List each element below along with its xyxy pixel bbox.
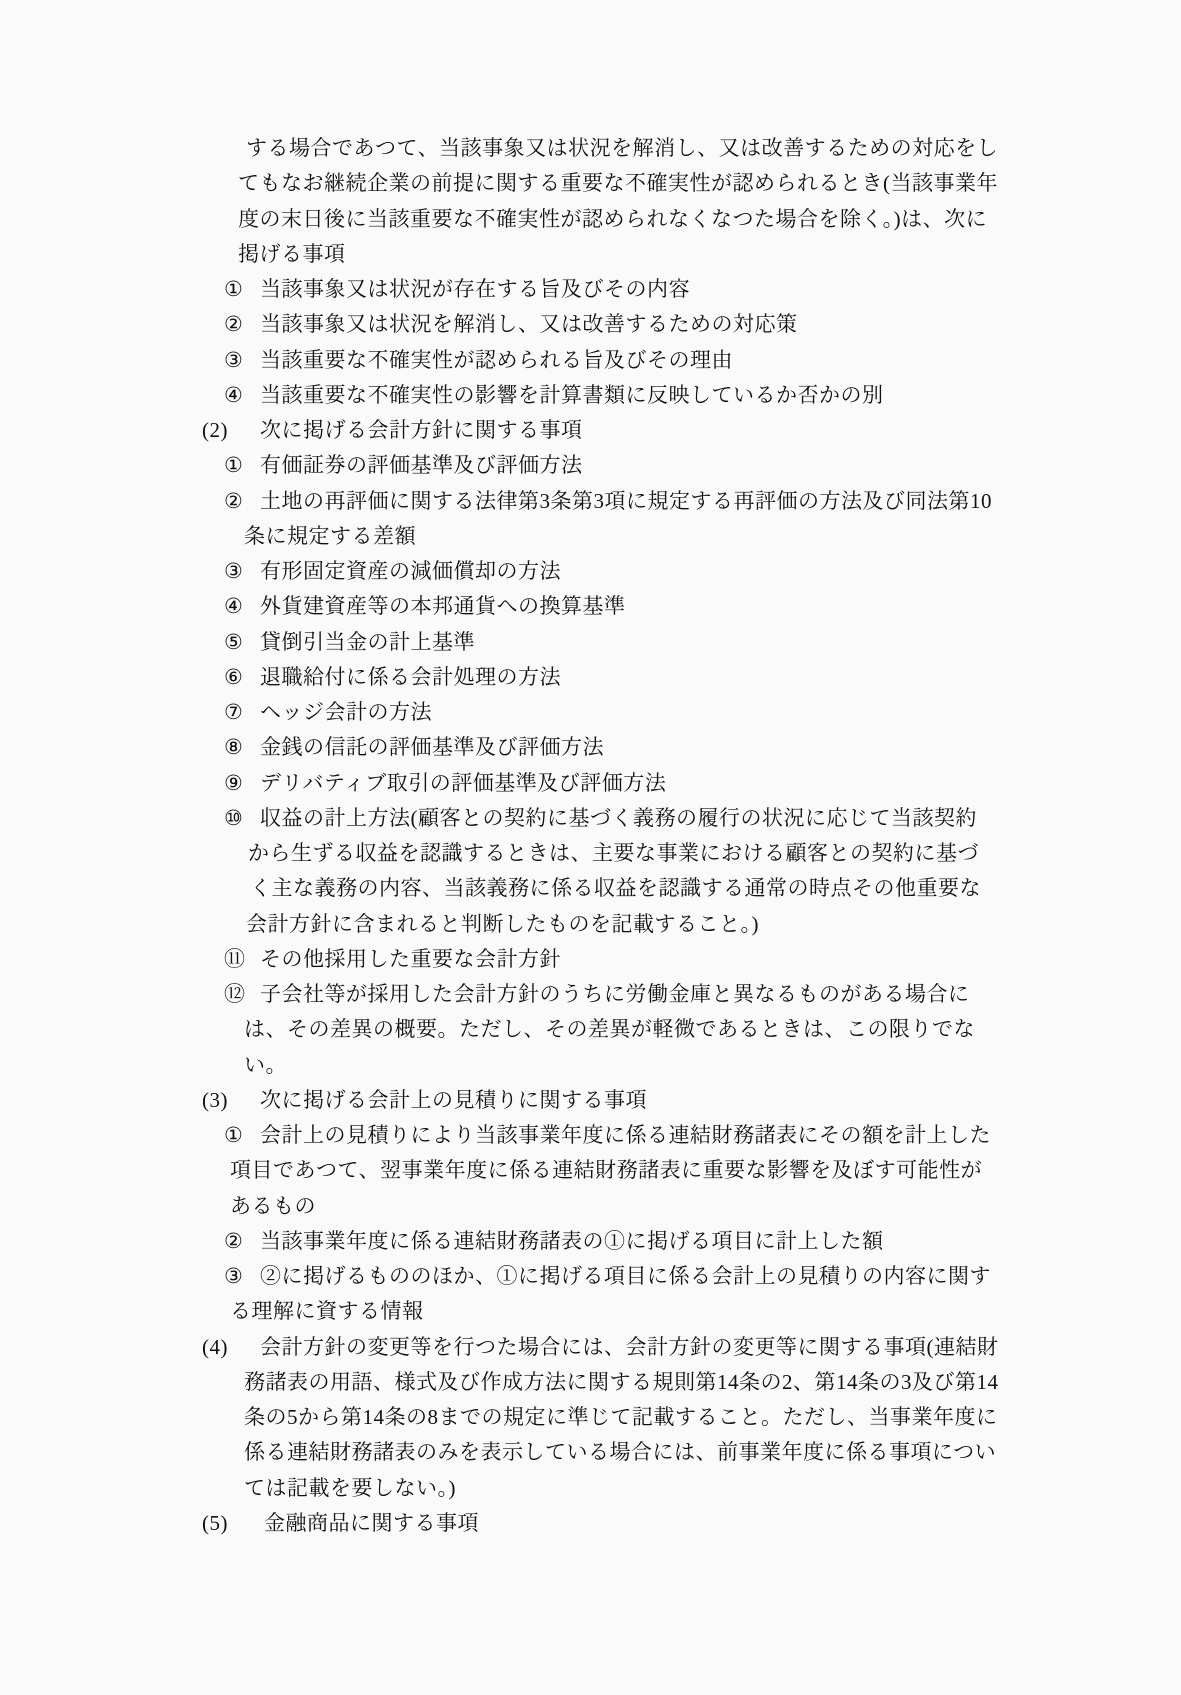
document-line: 度の末日後に当該重要な不確実性が認められなくなつた場合を除く。)は、次に xyxy=(0,202,1181,237)
line-text: 係る連結財務諸表のみを表示している場合には、前事業年度に係る事項につい xyxy=(0,1435,1181,1470)
line-text: い。 xyxy=(0,1048,1181,1083)
document-line: ⑪その他採用した重要な会計方針 xyxy=(0,942,1181,977)
list-marker: ④ xyxy=(224,378,243,413)
line-text: する場合であつて、当該事象又は状況を解消し、又は改善するための対応をし xyxy=(0,131,1181,166)
list-marker: (2) xyxy=(202,413,228,448)
line-text: 務諸表の用語、様式及び作成方法に関する規則第14条の2、第14条の3及び第14 xyxy=(0,1365,1181,1400)
list-marker: ③ xyxy=(224,343,243,378)
list-marker: ③ xyxy=(224,1259,243,1294)
document-line: (4)会計方針の変更等を行つた場合には、会計方針の変更等に関する事項(連結財 xyxy=(0,1330,1181,1365)
document-line: ⑩収益の計上方法(顧客との契約に基づく義務の履行の状況に応じて当該契約 xyxy=(0,801,1181,836)
line-text: く主な義務の内容、当該義務に係る収益を認識する通常の時点その他重要な xyxy=(0,871,1181,906)
line-text: 土地の再評価に関する法律第3条第3項に規定する再評価の方法及び同法第10 xyxy=(0,484,1181,519)
line-text: 子会社等が採用した会計方針のうちに労働金庫と異なるものがある場合に xyxy=(0,977,1181,1012)
document-line: ⑥退職給付に係る会計処理の方法 xyxy=(0,660,1181,695)
line-text: る理解に資する情報 xyxy=(0,1294,1181,1329)
list-marker: ④ xyxy=(224,589,243,624)
line-text: 当該重要な不確実性が認められる旨及びその理由 xyxy=(0,343,1181,378)
document-line: ④当該重要な不確実性の影響を計算書類に反映しているか否かの別 xyxy=(0,378,1181,413)
line-text: 有形固定資産の減価償却の方法 xyxy=(0,554,1181,589)
list-marker: ② xyxy=(224,1224,243,1259)
line-text: 当該重要な不確実性の影響を計算書類に反映しているか否かの別 xyxy=(0,378,1181,413)
document-line: ⑧金銭の信託の評価基準及び評価方法 xyxy=(0,730,1181,765)
line-text: 度の末日後に当該重要な不確実性が認められなくなつた場合を除く。)は、次に xyxy=(0,202,1181,237)
document-line: 会計方針に含まれると判断したものを記載すること。) xyxy=(0,907,1181,942)
line-text: 貸倒引当金の計上基準 xyxy=(0,625,1181,660)
document-line: ①有価証券の評価基準及び評価方法 xyxy=(0,448,1181,483)
line-text: てもなお継続企業の前提に関する重要な不確実性が認められるとき(当該事業年 xyxy=(0,166,1181,201)
list-marker: ② xyxy=(224,307,243,342)
document-line: ①当該事象又は状況が存在する旨及びその内容 xyxy=(0,272,1181,307)
document-line: ⑨デリバティブ取引の評価基準及び評価方法 xyxy=(0,766,1181,801)
list-marker: ⑥ xyxy=(224,660,243,695)
line-text: その他採用した重要な会計方針 xyxy=(0,942,1181,977)
document-line: 項目であつて、翌事業年度に係る連結財務諸表に重要な影響を及ぼす可能性が xyxy=(0,1153,1181,1188)
document-line: い。 xyxy=(0,1048,1181,1083)
line-text: は、その差異の概要。ただし、その差異が軽微であるときは、この限りでな xyxy=(0,1012,1181,1047)
document-line: (3)次に掲げる会計上の見積りに関する事項 xyxy=(0,1083,1181,1118)
document-line: ①会計上の見積りにより当該事業年度に係る連結財務諸表にその額を計上した xyxy=(0,1118,1181,1153)
line-text: から生ずる収益を認識するときは、主要な事業における顧客との契約に基づ xyxy=(0,836,1181,871)
line-text: 有価証券の評価基準及び評価方法 xyxy=(0,448,1181,483)
line-text: 項目であつて、翌事業年度に係る連結財務諸表に重要な影響を及ぼす可能性が xyxy=(0,1153,1181,1188)
line-text: 会計上の見積りにより当該事業年度に係る連結財務諸表にその額を計上した xyxy=(0,1118,1181,1153)
list-marker: (5) xyxy=(202,1506,228,1541)
document-line: く主な義務の内容、当該義務に係る収益を認識する通常の時点その他重要な xyxy=(0,871,1181,906)
line-text: 金銭の信託の評価基準及び評価方法 xyxy=(0,730,1181,765)
document-line: ②土地の再評価に関する法律第3条第3項に規定する再評価の方法及び同法第10 xyxy=(0,484,1181,519)
line-text: あるもの xyxy=(0,1189,1181,1224)
document-line: する場合であつて、当該事象又は状況を解消し、又は改善するための対応をし xyxy=(0,131,1181,166)
document-line: 条に規定する差額 xyxy=(0,519,1181,554)
document-line: あるもの xyxy=(0,1189,1181,1224)
document-line: ⑤貸倒引当金の計上基準 xyxy=(0,625,1181,660)
list-marker: ⑦ xyxy=(224,695,243,730)
document-line: ②当該事象又は状況を解消し、又は改善するための対応策 xyxy=(0,307,1181,342)
document-line: (2)次に掲げる会計方針に関する事項 xyxy=(0,413,1181,448)
line-text: 会計方針に含まれると判断したものを記載すること。) xyxy=(0,907,1181,942)
line-text: 条の5から第14条の8までの規定に準じて記載すること。ただし、当事業年度に xyxy=(0,1400,1181,1435)
document-line: ては記載を要しない。) xyxy=(0,1471,1181,1506)
document-line: る理解に資する情報 xyxy=(0,1294,1181,1329)
list-marker: ⑫ xyxy=(224,977,246,1012)
document-line: ③当該重要な不確実性が認められる旨及びその理由 xyxy=(0,343,1181,378)
list-marker: (3) xyxy=(202,1083,228,1118)
line-text: ては記載を要しない。) xyxy=(0,1471,1181,1506)
document-line: 務諸表の用語、様式及び作成方法に関する規則第14条の2、第14条の3及び第14 xyxy=(0,1365,1181,1400)
list-marker: ⑤ xyxy=(224,625,243,660)
document-line: は、その差異の概要。ただし、その差異が軽微であるときは、この限りでな xyxy=(0,1012,1181,1047)
document-line: ④外貨建資産等の本邦通貨への換算基準 xyxy=(0,589,1181,624)
list-marker: ⑩ xyxy=(224,801,243,836)
line-text: 当該事業年度に係る連結財務諸表の①に掲げる項目に計上した額 xyxy=(0,1224,1181,1259)
line-text: 収益の計上方法(顧客との契約に基づく義務の履行の状況に応じて当該契約 xyxy=(0,801,1181,836)
document-line: 条の5から第14条の8までの規定に準じて記載すること。ただし、当事業年度に xyxy=(0,1400,1181,1435)
list-marker: ② xyxy=(224,484,243,519)
document-line: ⑦ヘッジ会計の方法 xyxy=(0,695,1181,730)
line-text: 条に規定する差額 xyxy=(0,519,1181,554)
line-text: 次に掲げる会計方針に関する事項 xyxy=(0,413,1181,448)
line-text: ヘッジ会計の方法 xyxy=(0,695,1181,730)
document-body: する場合であつて、当該事象又は状況を解消し、又は改善するための対応をしてもなお継… xyxy=(0,131,1181,1541)
document-line: ⑫子会社等が採用した会計方針のうちに労働金庫と異なるものがある場合に xyxy=(0,977,1181,1012)
line-text: 金融商品に関する事項 xyxy=(0,1506,1181,1541)
document-line: ②当該事業年度に係る連結財務諸表の①に掲げる項目に計上した額 xyxy=(0,1224,1181,1259)
list-marker: ⑪ xyxy=(224,942,246,977)
document-line: から生ずる収益を認識するときは、主要な事業における顧客との契約に基づ xyxy=(0,836,1181,871)
line-text: 掲げる事項 xyxy=(0,237,1181,272)
document-line: 掲げる事項 xyxy=(0,237,1181,272)
line-text: 当該事象又は状況が存在する旨及びその内容 xyxy=(0,272,1181,307)
list-marker: ⑧ xyxy=(224,730,243,765)
line-text: デリバティブ取引の評価基準及び評価方法 xyxy=(0,766,1181,801)
list-marker: (4) xyxy=(202,1330,228,1365)
document-line: ③有形固定資産の減価償却の方法 xyxy=(0,554,1181,589)
document-line: (5)金融商品に関する事項 xyxy=(0,1506,1181,1541)
document-line: てもなお継続企業の前提に関する重要な不確実性が認められるとき(当該事業年 xyxy=(0,166,1181,201)
list-marker: ① xyxy=(224,272,243,307)
line-text: 会計方針の変更等を行つた場合には、会計方針の変更等に関する事項(連結財 xyxy=(0,1330,1181,1365)
list-marker: ③ xyxy=(224,554,243,589)
document-page: する場合であつて、当該事象又は状況を解消し、又は改善するための対応をしてもなお継… xyxy=(0,0,1181,1695)
document-line: ③②に掲げるもののほか、①に掲げる項目に係る会計上の見積りの内容に関す xyxy=(0,1259,1181,1294)
line-text: 退職給付に係る会計処理の方法 xyxy=(0,660,1181,695)
line-text: 次に掲げる会計上の見積りに関する事項 xyxy=(0,1083,1181,1118)
list-marker: ① xyxy=(224,1118,243,1153)
line-text: ②に掲げるもののほか、①に掲げる項目に係る会計上の見積りの内容に関す xyxy=(0,1259,1181,1294)
line-text: 外貨建資産等の本邦通貨への換算基準 xyxy=(0,589,1181,624)
list-marker: ⑨ xyxy=(224,766,243,801)
line-text: 当該事象又は状況を解消し、又は改善するための対応策 xyxy=(0,307,1181,342)
document-line: 係る連結財務諸表のみを表示している場合には、前事業年度に係る事項につい xyxy=(0,1435,1181,1470)
list-marker: ① xyxy=(224,448,243,483)
